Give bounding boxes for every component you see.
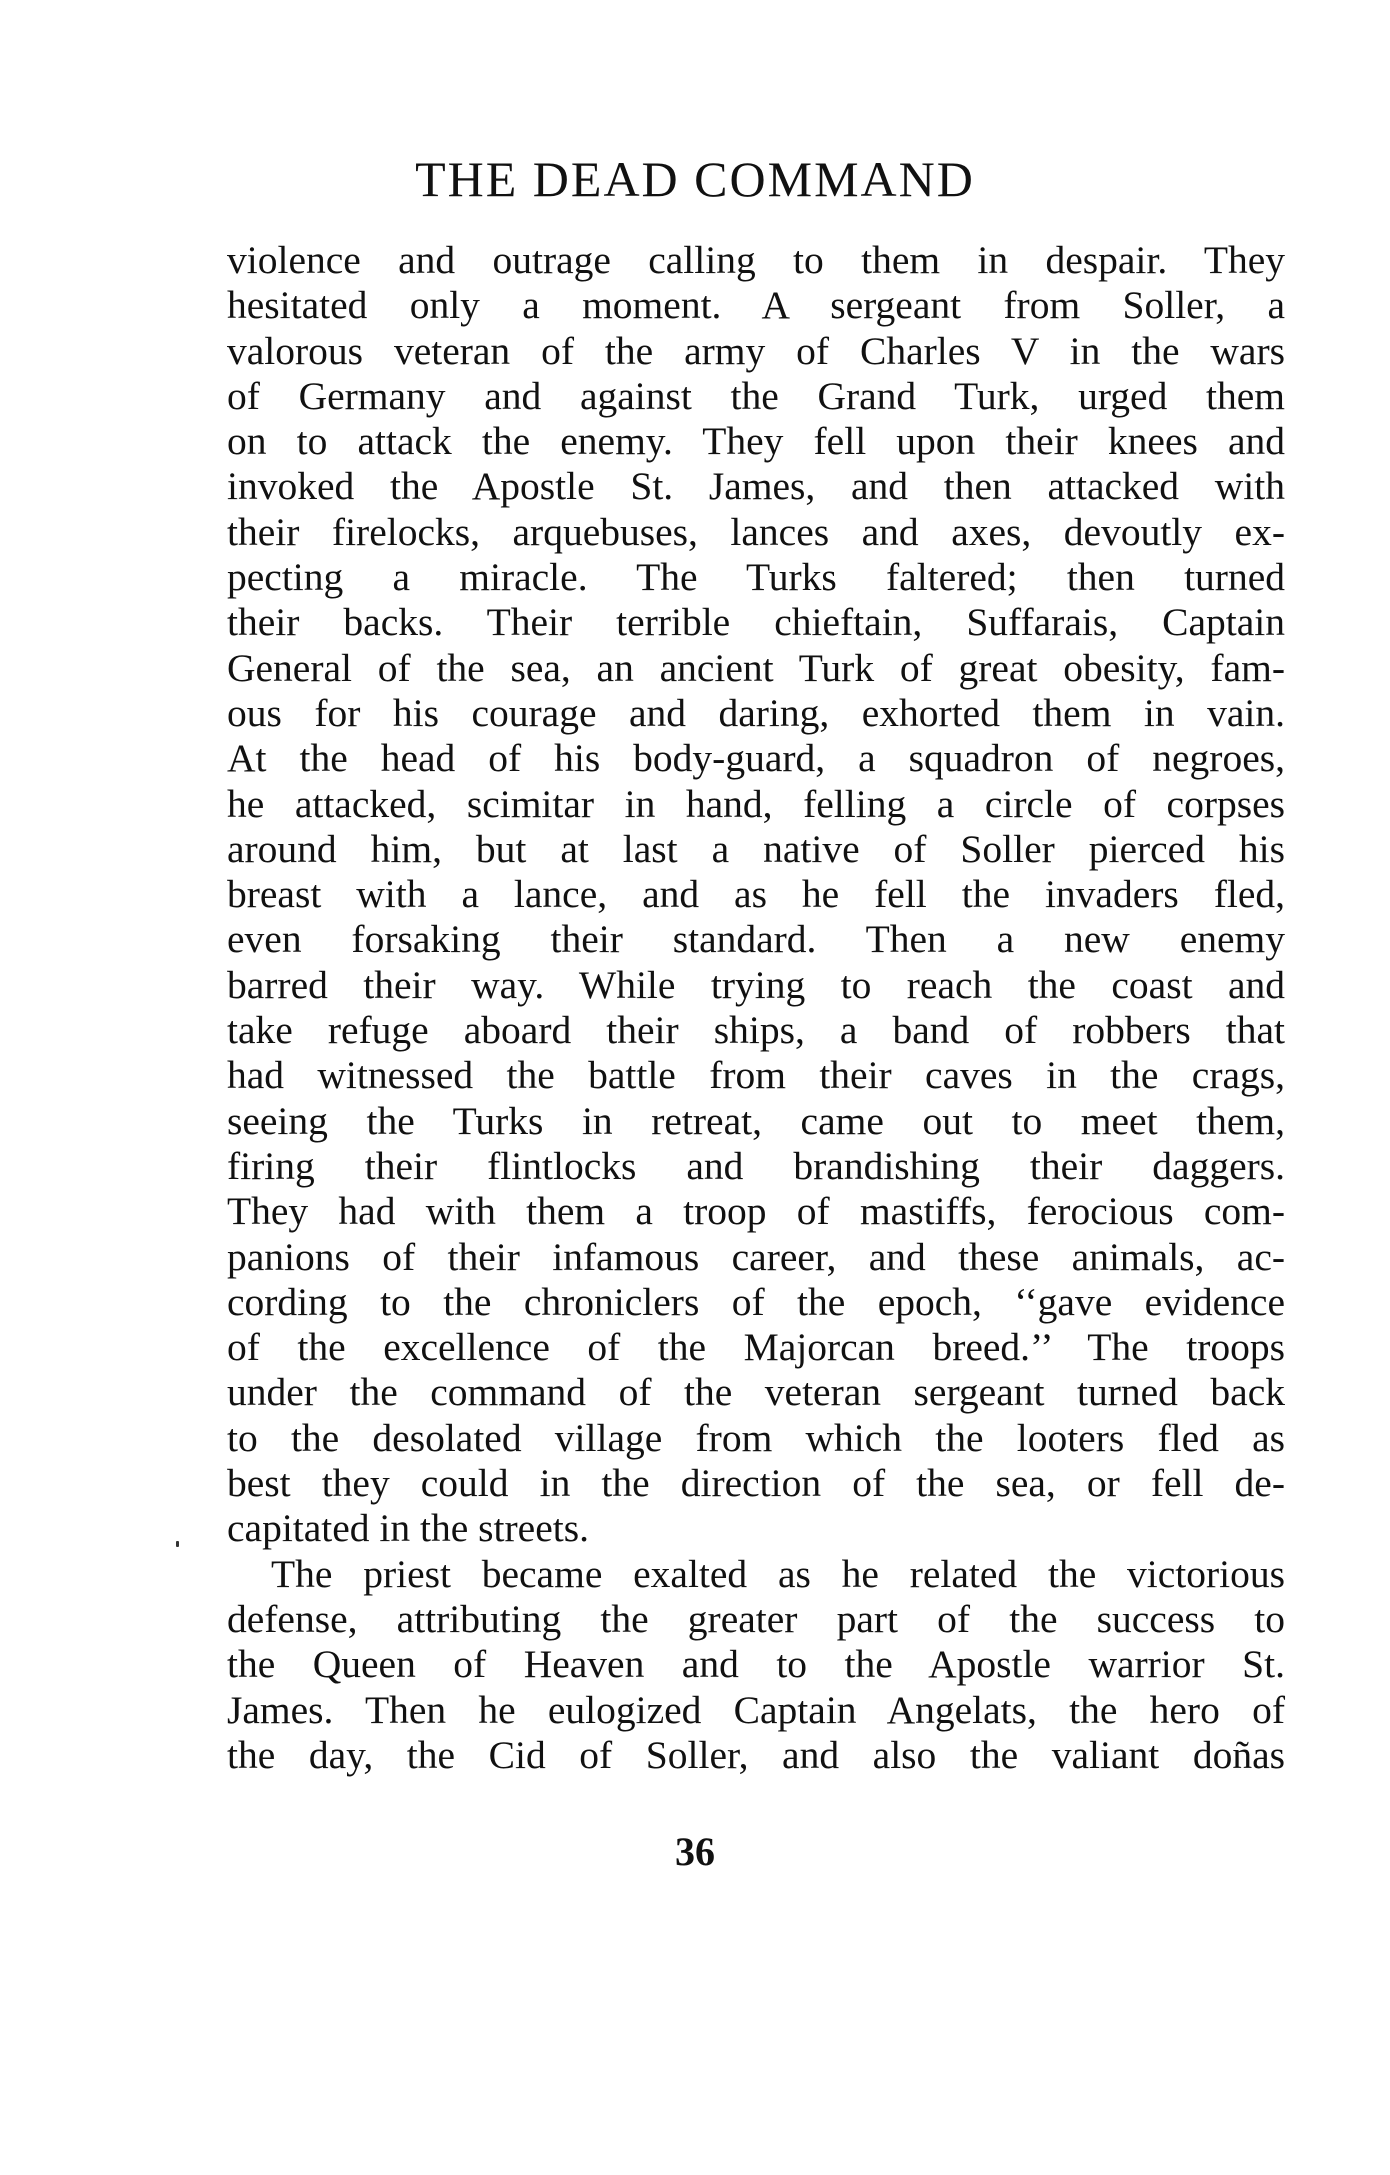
text-line: had witnessed the battle from their cave… <box>227 1053 1285 1098</box>
text-line: General of the sea, an ancient Turk of g… <box>227 646 1285 691</box>
text-line: invoked the Apostle St. James, and then … <box>227 464 1285 509</box>
text-line: best they could in the direction of the … <box>227 1461 1285 1506</box>
text-line: of the excellence of the Majorcan breed.… <box>227 1325 1285 1370</box>
text-line: barred their way. While trying to reach … <box>227 963 1285 1008</box>
text-line: cording to the chroniclers of the epoch,… <box>227 1280 1285 1325</box>
text-line: The priest became exalted as he related … <box>227 1552 1285 1597</box>
text-line: violence and outrage calling to them in … <box>227 238 1285 283</box>
text-line: the Queen of Heaven and to the Apostle w… <box>227 1642 1285 1687</box>
text-line: under the command of the veteran sergean… <box>227 1370 1285 1415</box>
text-line: even forsaking their standard. Then a ne… <box>227 917 1285 962</box>
running-head: THE DEAD COMMAND <box>0 150 1390 208</box>
text-line: defense, attributing the greater part of… <box>227 1597 1285 1642</box>
text-line: of Germany and against the Grand Turk, u… <box>227 374 1285 419</box>
text-line: hesitated only a moment. A sergeant from… <box>227 283 1285 328</box>
text-line: firing their flintlocks and brandishing … <box>227 1144 1285 1189</box>
text-line: At the head of his body-guard, a squadro… <box>227 736 1285 781</box>
text-line: the day, the Cid of Soller, and also the… <box>227 1733 1285 1778</box>
text-line: their backs. Their terrible chieftain, S… <box>227 600 1285 645</box>
scan-speck <box>176 1541 179 1547</box>
text-line: ous for his courage and daring, exhorted… <box>227 691 1285 736</box>
page-number: 36 <box>0 1828 1390 1875</box>
paragraph-2: The priest became exalted as he related … <box>227 1552 1285 1778</box>
text-line: breast with a lance, and as he fell the … <box>227 872 1285 917</box>
text-line: valorous veteran of the army of Charles … <box>227 329 1285 374</box>
text-line: James. Then he eulogized Captain Angelat… <box>227 1688 1285 1733</box>
body-text: violence and outrage calling to them in … <box>227 238 1285 1778</box>
text-line: their firelocks, arquebuses, lances and … <box>227 510 1285 555</box>
text-line: to the desolated village from which the … <box>227 1416 1285 1461</box>
text-line: on to attack the enemy. They fell upon t… <box>227 419 1285 464</box>
text-line: take refuge aboard their ships, a band o… <box>227 1008 1285 1053</box>
paragraph-1: violence and outrage calling to them in … <box>227 238 1285 1552</box>
text-line: seeing the Turks in retreat, came out to… <box>227 1099 1285 1144</box>
text-line: panions of their infamous career, and th… <box>227 1235 1285 1280</box>
text-line: pecting a miracle. The Turks faltered; t… <box>227 555 1285 600</box>
text-line: They had with them a troop of mastiffs, … <box>227 1189 1285 1234</box>
book-page: THE DEAD COMMAND violence and outrage ca… <box>0 0 1390 2175</box>
text-line: around him, but at last a native of Soll… <box>227 827 1285 872</box>
text-line: capitated in the streets. <box>227 1506 1285 1551</box>
text-line: he attacked, scimitar in hand, felling a… <box>227 782 1285 827</box>
